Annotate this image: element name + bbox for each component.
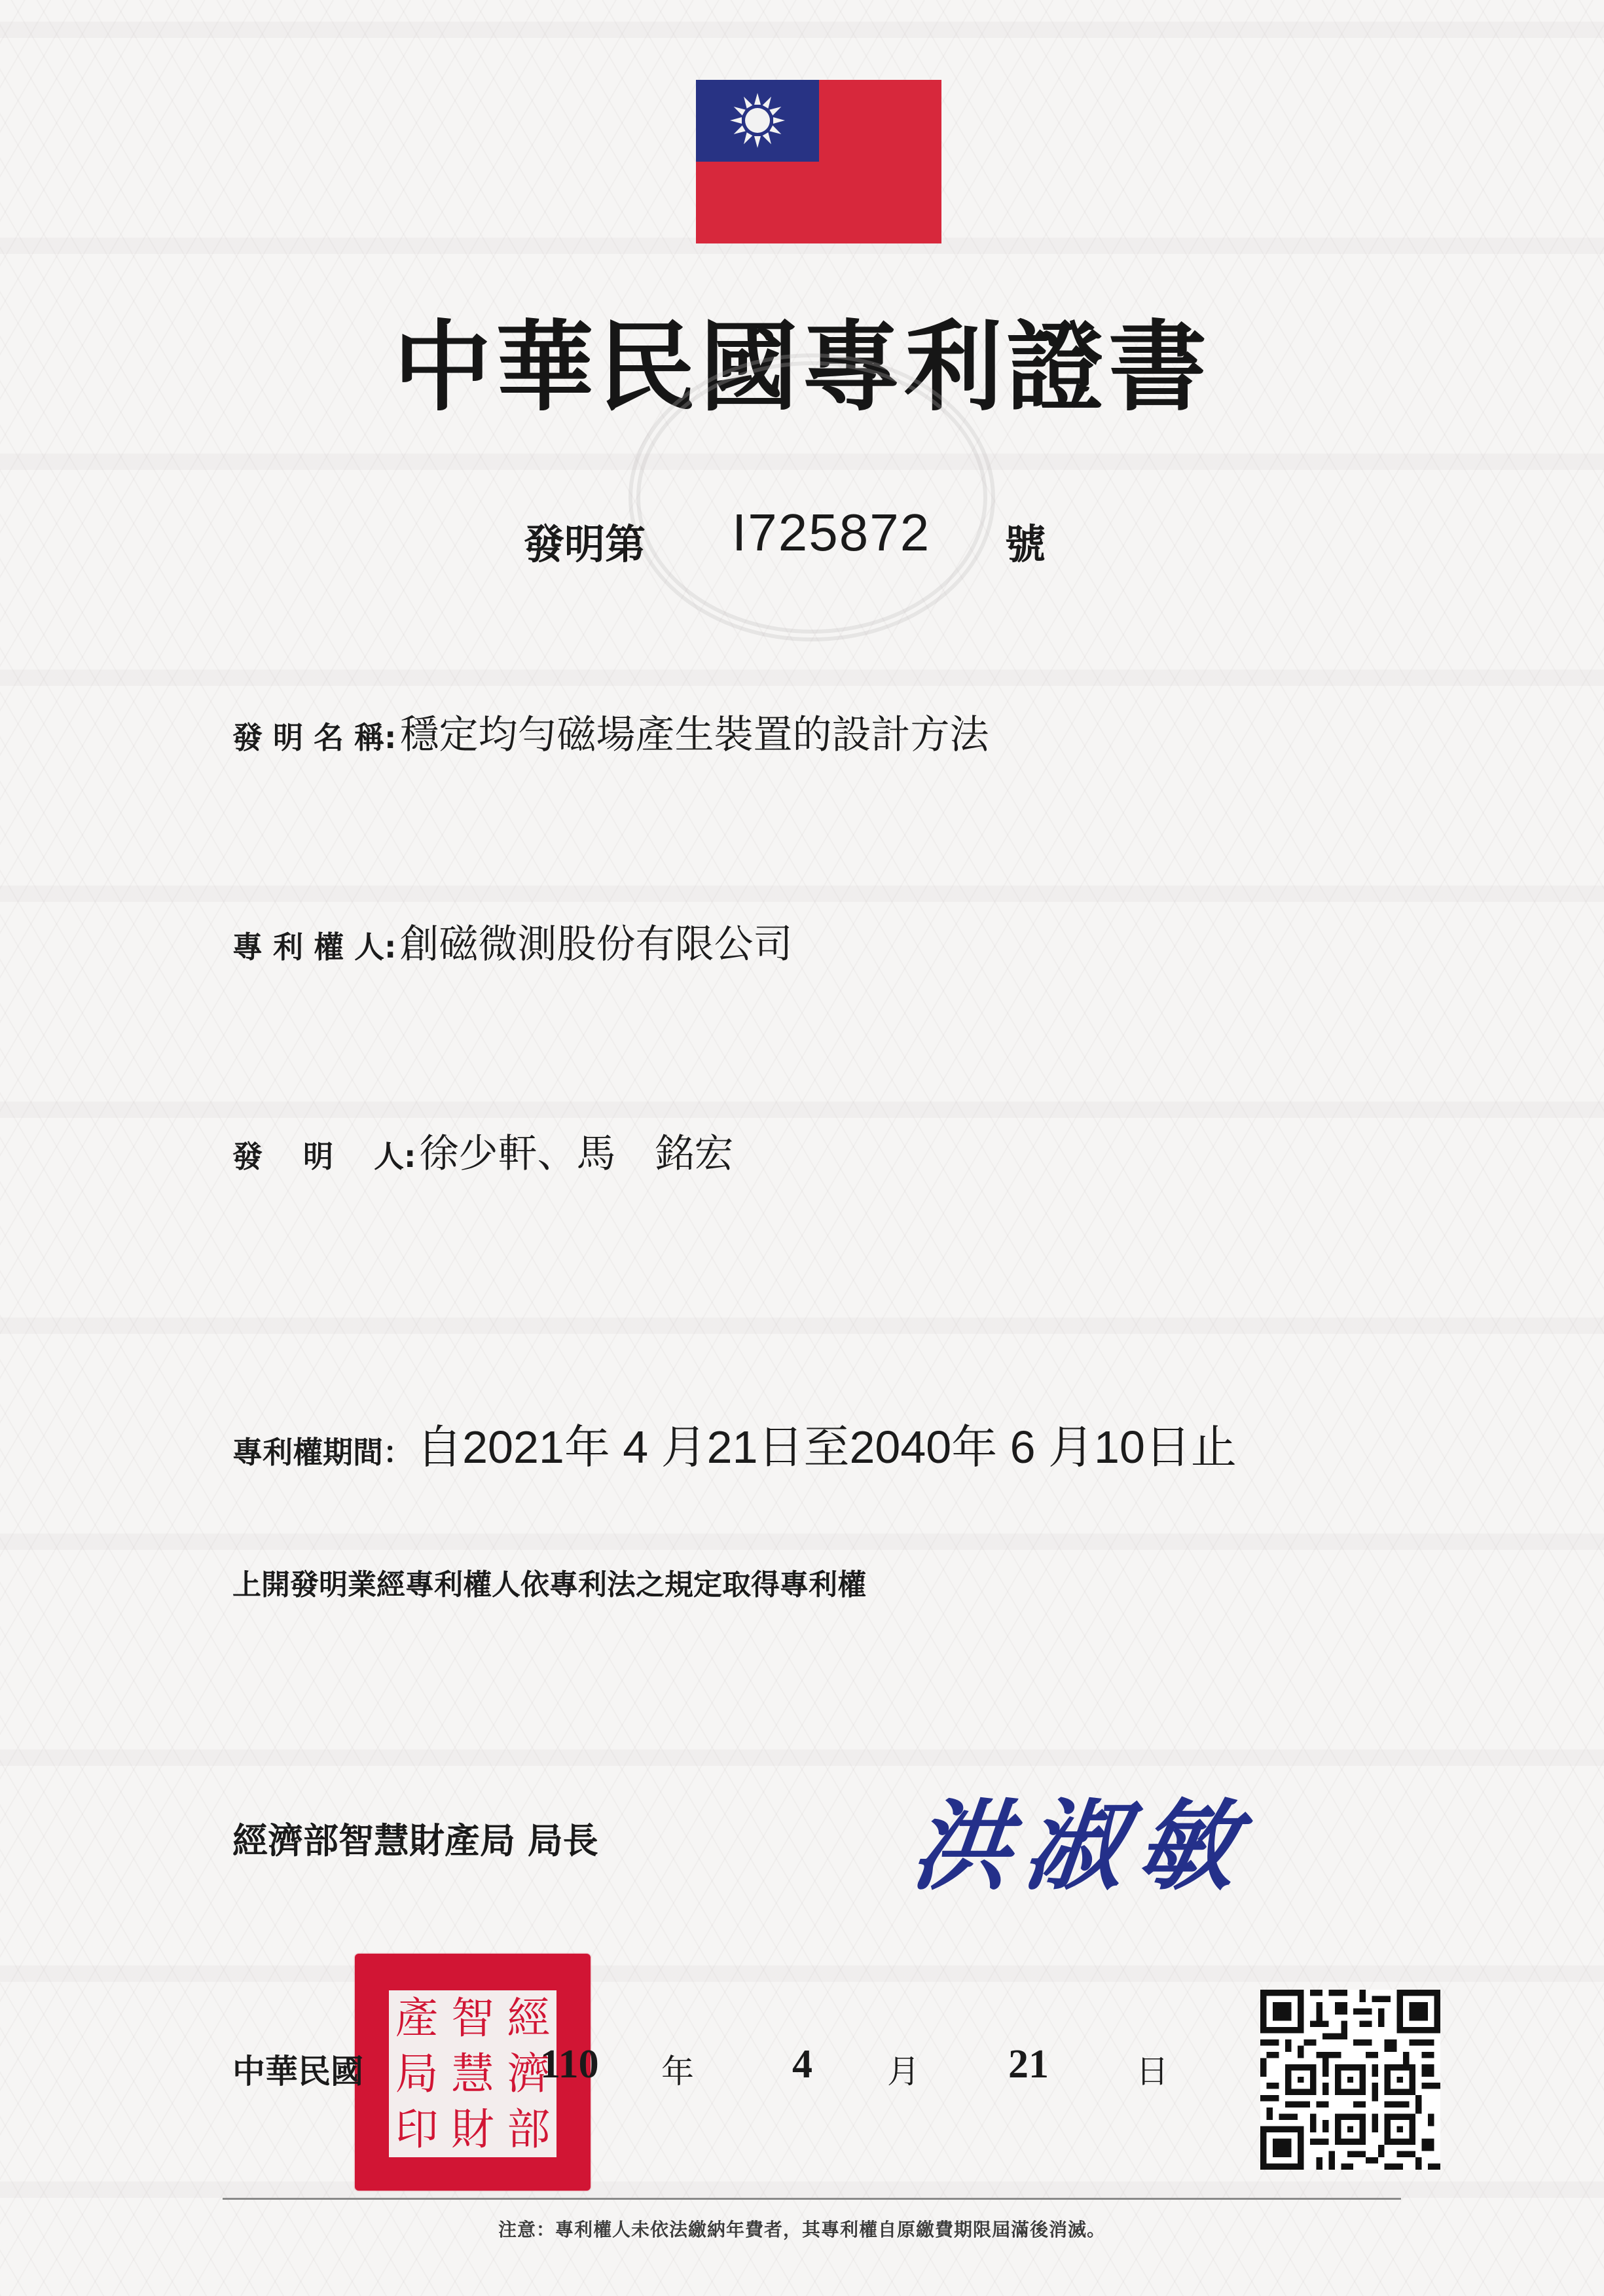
- seal-char: 產: [389, 1990, 445, 2046]
- issue-date-day: 21: [1008, 2041, 1049, 2088]
- seal-char: 經: [501, 1990, 556, 2046]
- issue-date-month-unit: 月: [887, 2045, 920, 2092]
- issue-date-year-unit: 年: [661, 2045, 694, 2092]
- issue-date-era: 中華民國: [232, 2045, 363, 2092]
- seal-char: 部: [501, 2102, 556, 2157]
- inventors-label: 發 明 人:: [232, 1133, 416, 1176]
- invention-name-label: 發 明 名 稱:: [232, 714, 396, 757]
- patent-number-prefix: 發明第: [524, 512, 646, 570]
- director-signature: 洪淑敏: [906, 1767, 1259, 1909]
- inventors-field: 發 明 人: 徐少軒、馬 銘宏: [232, 1122, 734, 1179]
- invention-name-value: 穩定均勻磁場產生裝置的設計方法: [400, 704, 989, 760]
- seal-char: 財: [445, 2102, 500, 2157]
- seal-char: 印: [389, 2102, 445, 2157]
- patentee-field: 專 利 權 人: 創磁微測股份有限公司: [232, 913, 793, 969]
- patentee-value: 創磁微測股份有限公司: [400, 913, 793, 969]
- invention-name-field: 發 明 名 稱: 穩定均勻磁場產生裝置的設計方法: [232, 704, 989, 760]
- seal-char: 智: [445, 1990, 500, 2046]
- patent-term-field: 專利權期間： 自2021年 4 月21日至2040年 6 月10日止: [232, 1410, 1237, 1477]
- director-title: 經濟部智慧財產局 局長: [232, 1813, 598, 1863]
- embossed-seal-watermark: [629, 353, 995, 641]
- white-sun-icon: [696, 80, 819, 162]
- patent-number: I725872: [732, 503, 930, 563]
- seal-characters: 經 智 產 濟 慧 局 部 財 印: [389, 1990, 556, 2157]
- issue-date-year: 110: [540, 2041, 599, 2088]
- patentee-label: 專 利 權 人:: [232, 924, 396, 967]
- grant-statement: 上開發明業經專利權人依專利法之規定取得專利權: [232, 1561, 866, 1603]
- inventors-value: 徐少軒、馬 銘宏: [420, 1122, 734, 1179]
- seal-char: 局: [389, 2046, 445, 2102]
- patent-term-label: 專利權期間：: [232, 1429, 413, 1472]
- seal-char: 慧: [445, 2046, 500, 2102]
- national-flag-icon: [696, 80, 941, 243]
- issue-date-month: 4: [792, 2041, 812, 2088]
- annuity-notice: 注意：專利權人未依法繳納年費者，其專利權自原繳費期限屆滿後消滅。: [0, 2215, 1604, 2242]
- patent-term-value: 自2021年 4 月21日至2040年 6 月10日止: [416, 1410, 1237, 1477]
- patent-number-suffix: 號: [1005, 512, 1046, 570]
- qr-code-icon: [1260, 1990, 1440, 2170]
- footer-divider: [223, 2198, 1401, 2200]
- issue-date-day-unit: 日: [1136, 2045, 1169, 2092]
